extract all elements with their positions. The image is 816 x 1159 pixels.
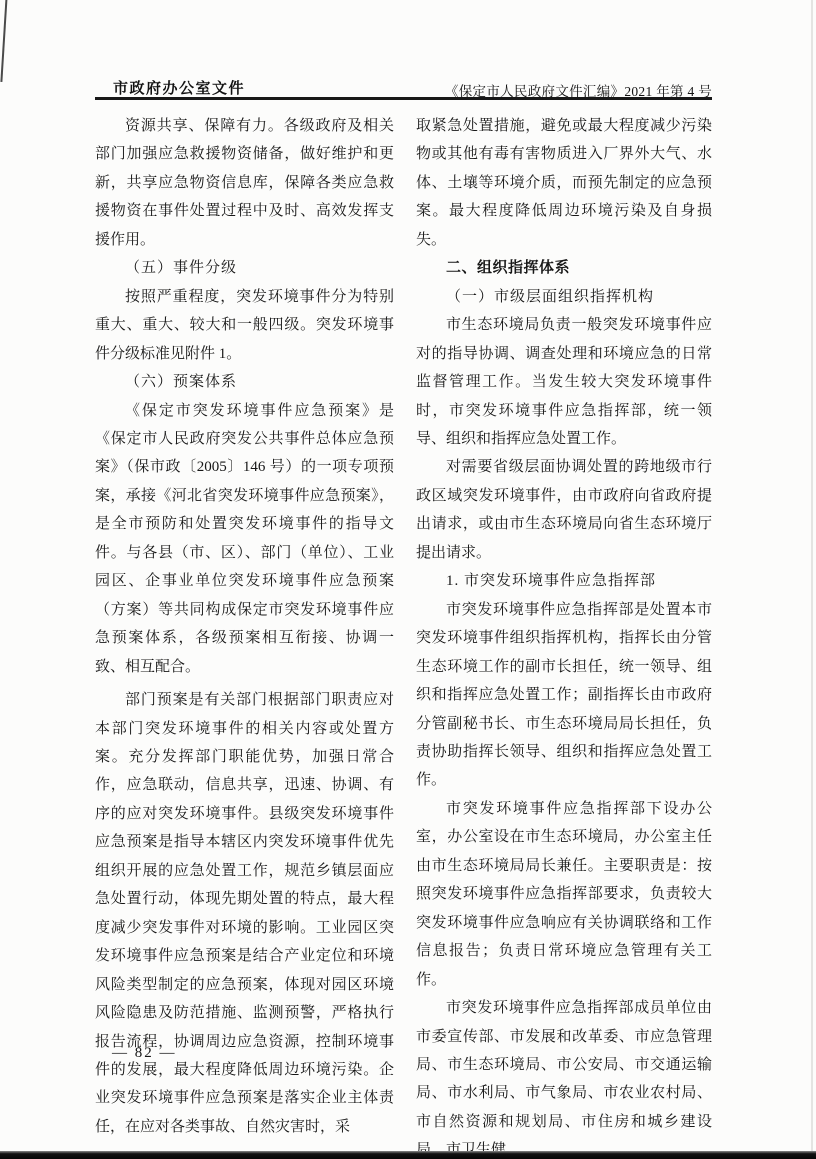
paragraph: 资源共享、保障有力。各级政府及相关部门加强应急救援物资储备，做好维护和更新，共享…	[95, 112, 394, 254]
header-rule	[95, 97, 712, 100]
paragraph: 《保定市突发环境事件应急预案》是《保定市人民政府突发公共事件总体应急预案》（保市…	[95, 397, 394, 682]
paragraph: 取紧急处置措施，避免或最大程度减少污染物或其他有毒有害物质进入厂界外大气、水体、…	[416, 112, 712, 254]
paragraph: 市突发环境事件应急指挥部成员单位由市委宣传部、市发展和改革委、市应急管理局、市生…	[416, 994, 712, 1159]
paragraph: 市突发环境事件应急指挥部下设办公室，办公室设在市生态环境局，办公室主任由市生态环…	[416, 795, 712, 994]
paragraph: 市突发环境事件应急指挥部是处置本市突发环境事件组织指挥机构，指挥长由分管生态环境…	[416, 596, 712, 795]
scan-artifact-line	[0, 0, 7, 82]
scan-edge-right	[811, 0, 813, 1159]
text-column-right: 取紧急处置措施，避免或最大程度减少污染物或其他有毒有害物质进入厂界外大气、水体、…	[416, 112, 712, 1159]
text-column-left: 资源共享、保障有力。各级政府及相关部门加强应急救援物资储备，做好维护和更新，共享…	[95, 112, 394, 1141]
paragraph: 按照严重程度，突发环境事件分为特别重大、重大、较大和一般四级。突发环境事件分级标…	[95, 283, 394, 368]
section-heading: （五）事件分级	[95, 254, 394, 282]
header-left-title: 市政府办公室文件	[113, 77, 245, 98]
scan-edge-bottom	[0, 1151, 816, 1159]
page-number: — 82 —	[112, 1045, 177, 1062]
paragraph: 对需要省级层面协调处置的跨地级市行政区域突发环境事件，由市政府向省政府提出请求，…	[416, 453, 712, 567]
section-heading: （一）市级层面组织指挥机构	[416, 283, 712, 311]
section-heading: 1. 市突发环境事件应急指挥部	[416, 567, 712, 595]
document-page: 市政府办公室文件 《保定市人民政府文件汇编》2021 年第 4 号 资源共享、保…	[0, 0, 816, 1159]
section-heading: 二、组织指挥体系	[416, 254, 712, 282]
paragraph: 部门预案是有关部门根据部门职责应对本部门突发环境事件的相关内容或处置方案。充分发…	[95, 686, 394, 1141]
paragraph: 市生态环境局负责一般突发环境事件应对的指导协调、调查处理和环境应急的日常监督管理…	[416, 311, 712, 453]
section-heading: （六）预案体系	[95, 368, 394, 396]
